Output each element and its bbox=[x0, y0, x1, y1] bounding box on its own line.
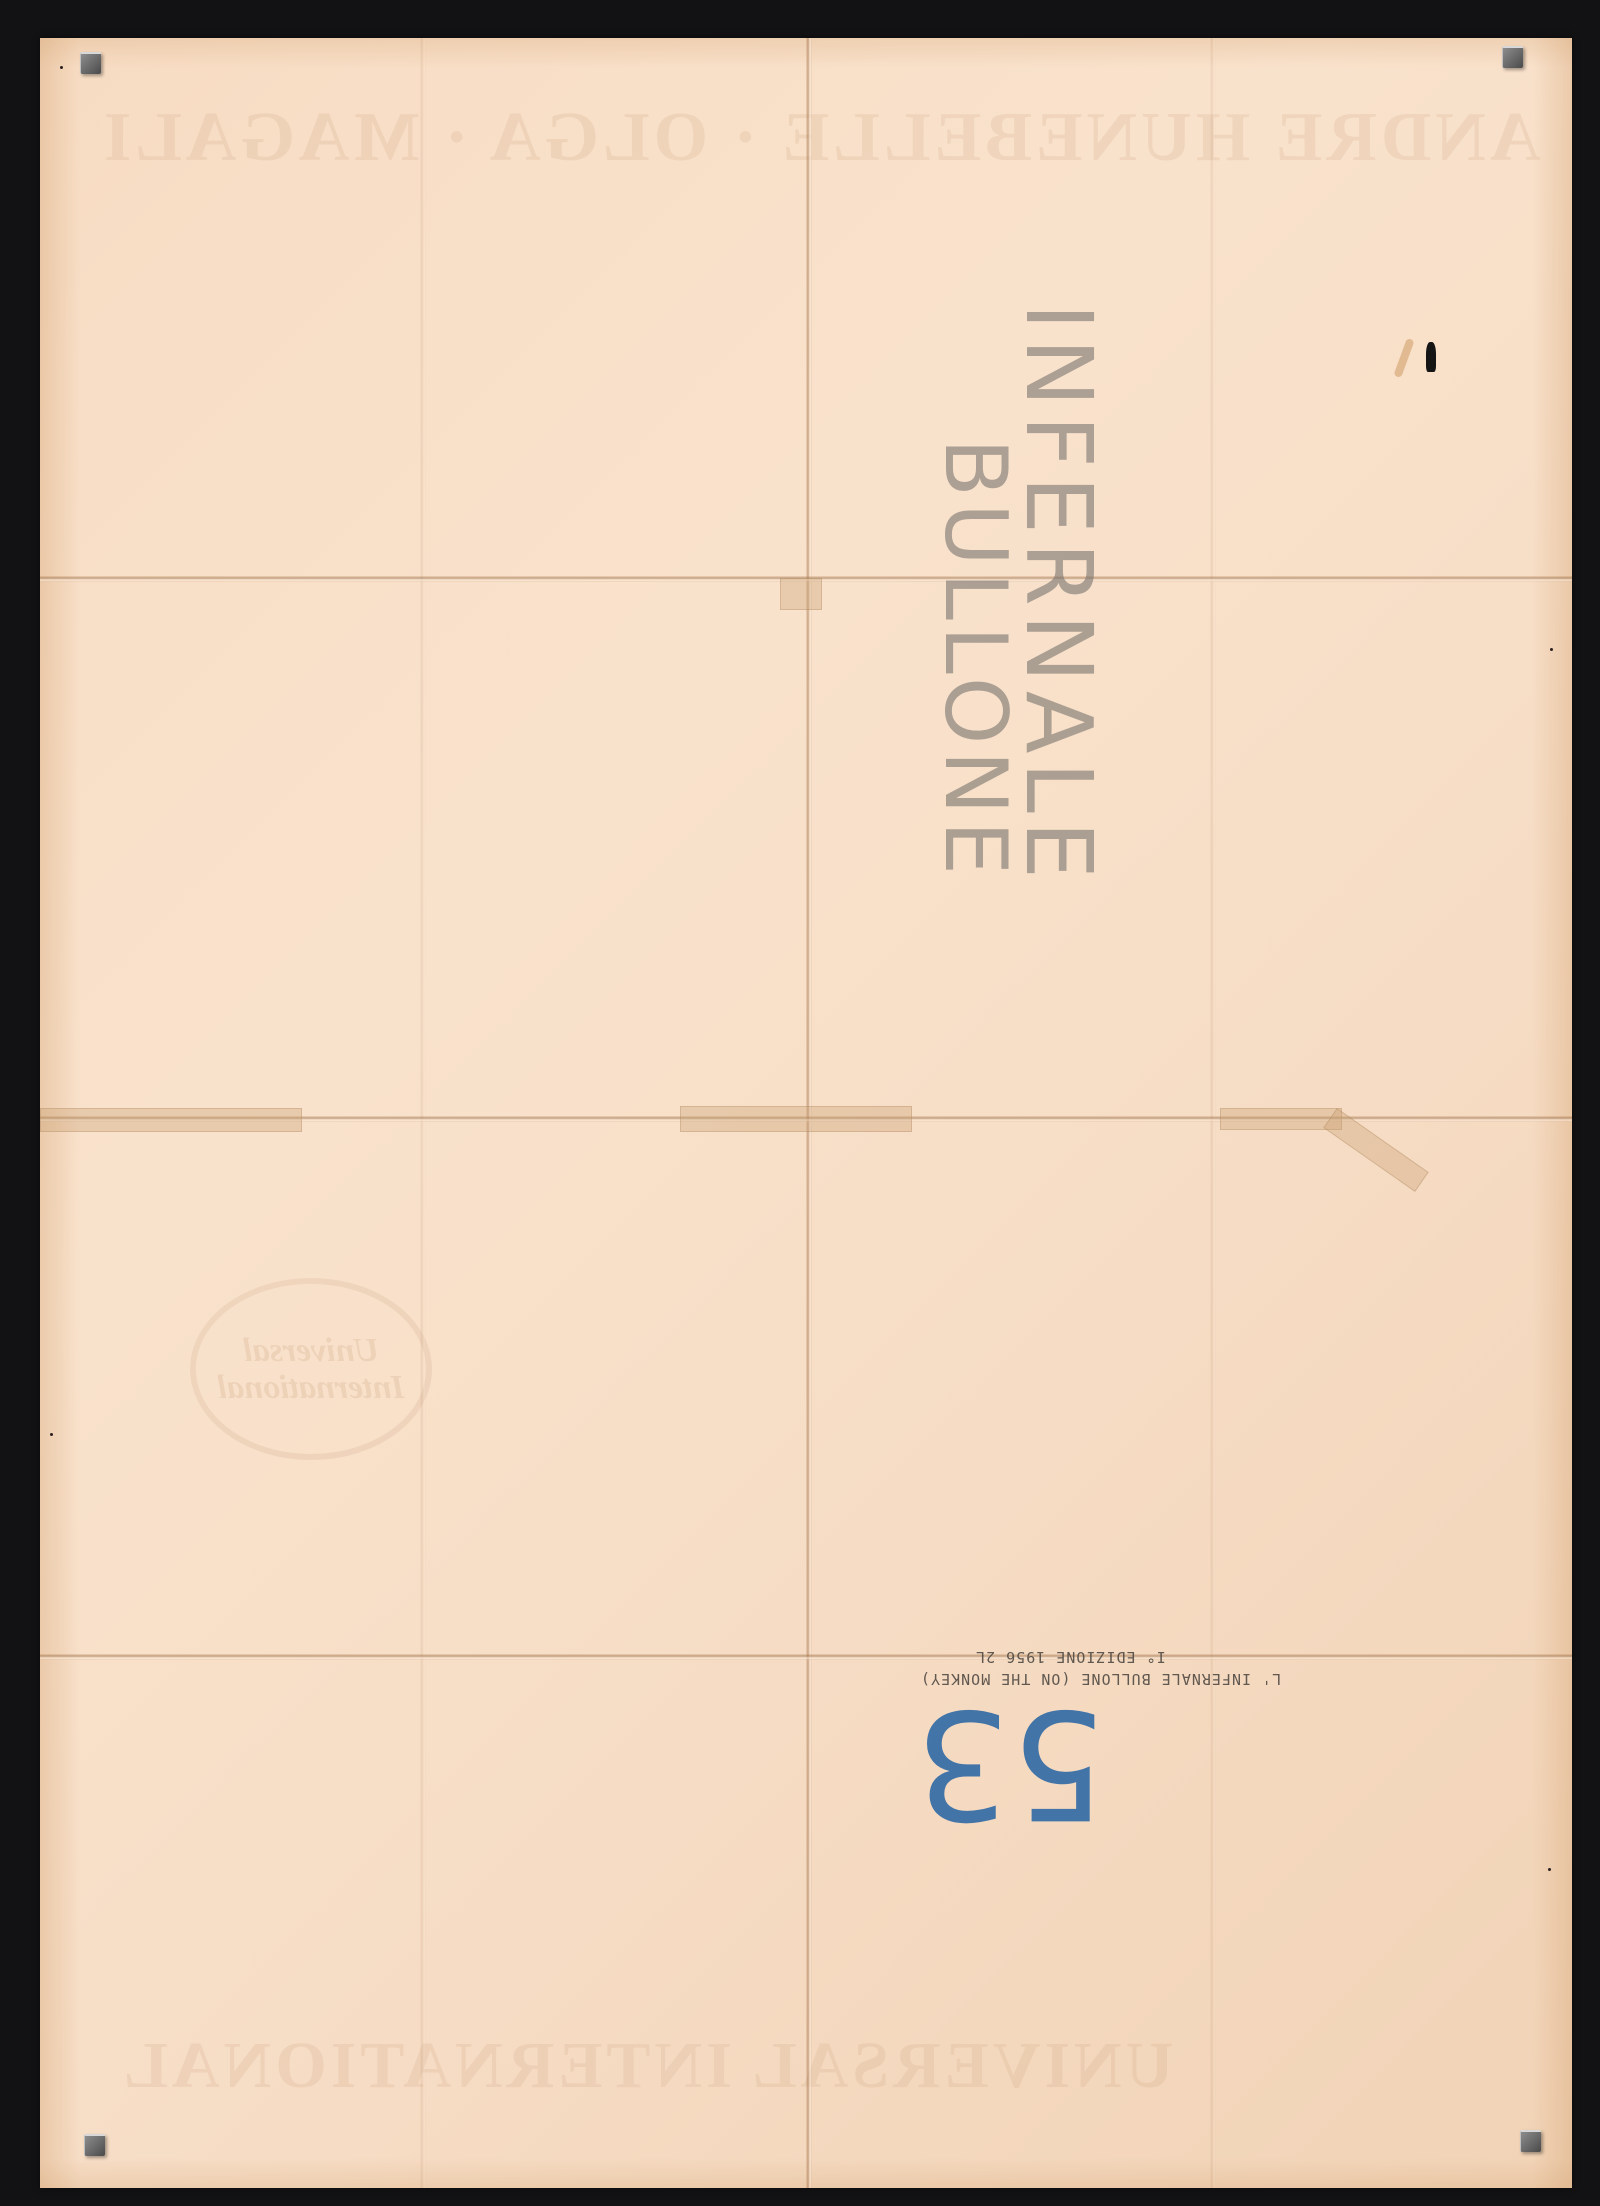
tape-strip bbox=[680, 1106, 912, 1132]
blue-crayon-number: 53 bbox=[915, 1688, 1106, 1838]
pin-top-right bbox=[1502, 46, 1523, 68]
ink-blot bbox=[1426, 342, 1436, 372]
ink-note-line-2: I° EDIZIONE 1956 2L bbox=[975, 1648, 1166, 1666]
fold-vertical-faint-left bbox=[420, 38, 426, 2188]
logo-line-1: Universal bbox=[243, 1332, 379, 1369]
stain-mark bbox=[1393, 338, 1414, 378]
tape-strip bbox=[780, 578, 822, 610]
universal-logo-showthrough: Universal International bbox=[190, 1278, 432, 1460]
fold-horizontal-3 bbox=[40, 1654, 1572, 1660]
pin-bottom-right bbox=[1520, 2130, 1541, 2152]
tape-strip bbox=[40, 1108, 302, 1132]
showthrough-top-text: ANDRE HUNEBELLE · OLGA · MAGALI bbox=[100, 98, 1541, 178]
pinhole bbox=[1548, 1868, 1551, 1871]
poster-back: ANDRE HUNEBELLE · OLGA · MAGALI UNIVERSA… bbox=[40, 38, 1572, 2188]
logo-line-2: International bbox=[217, 1369, 404, 1406]
fold-vertical-faint-right bbox=[1210, 38, 1216, 2188]
pinhole bbox=[50, 1433, 53, 1436]
pinhole bbox=[1550, 648, 1553, 651]
showthrough-bottom-text: UNIVERSAL INTERNATIONAL bbox=[120, 2028, 1173, 2104]
pinhole bbox=[60, 66, 63, 69]
pin-bottom-left bbox=[84, 2134, 105, 2156]
pencil-word-bullone: BULLONE bbox=[925, 438, 1025, 881]
pin-top-left bbox=[80, 52, 101, 74]
